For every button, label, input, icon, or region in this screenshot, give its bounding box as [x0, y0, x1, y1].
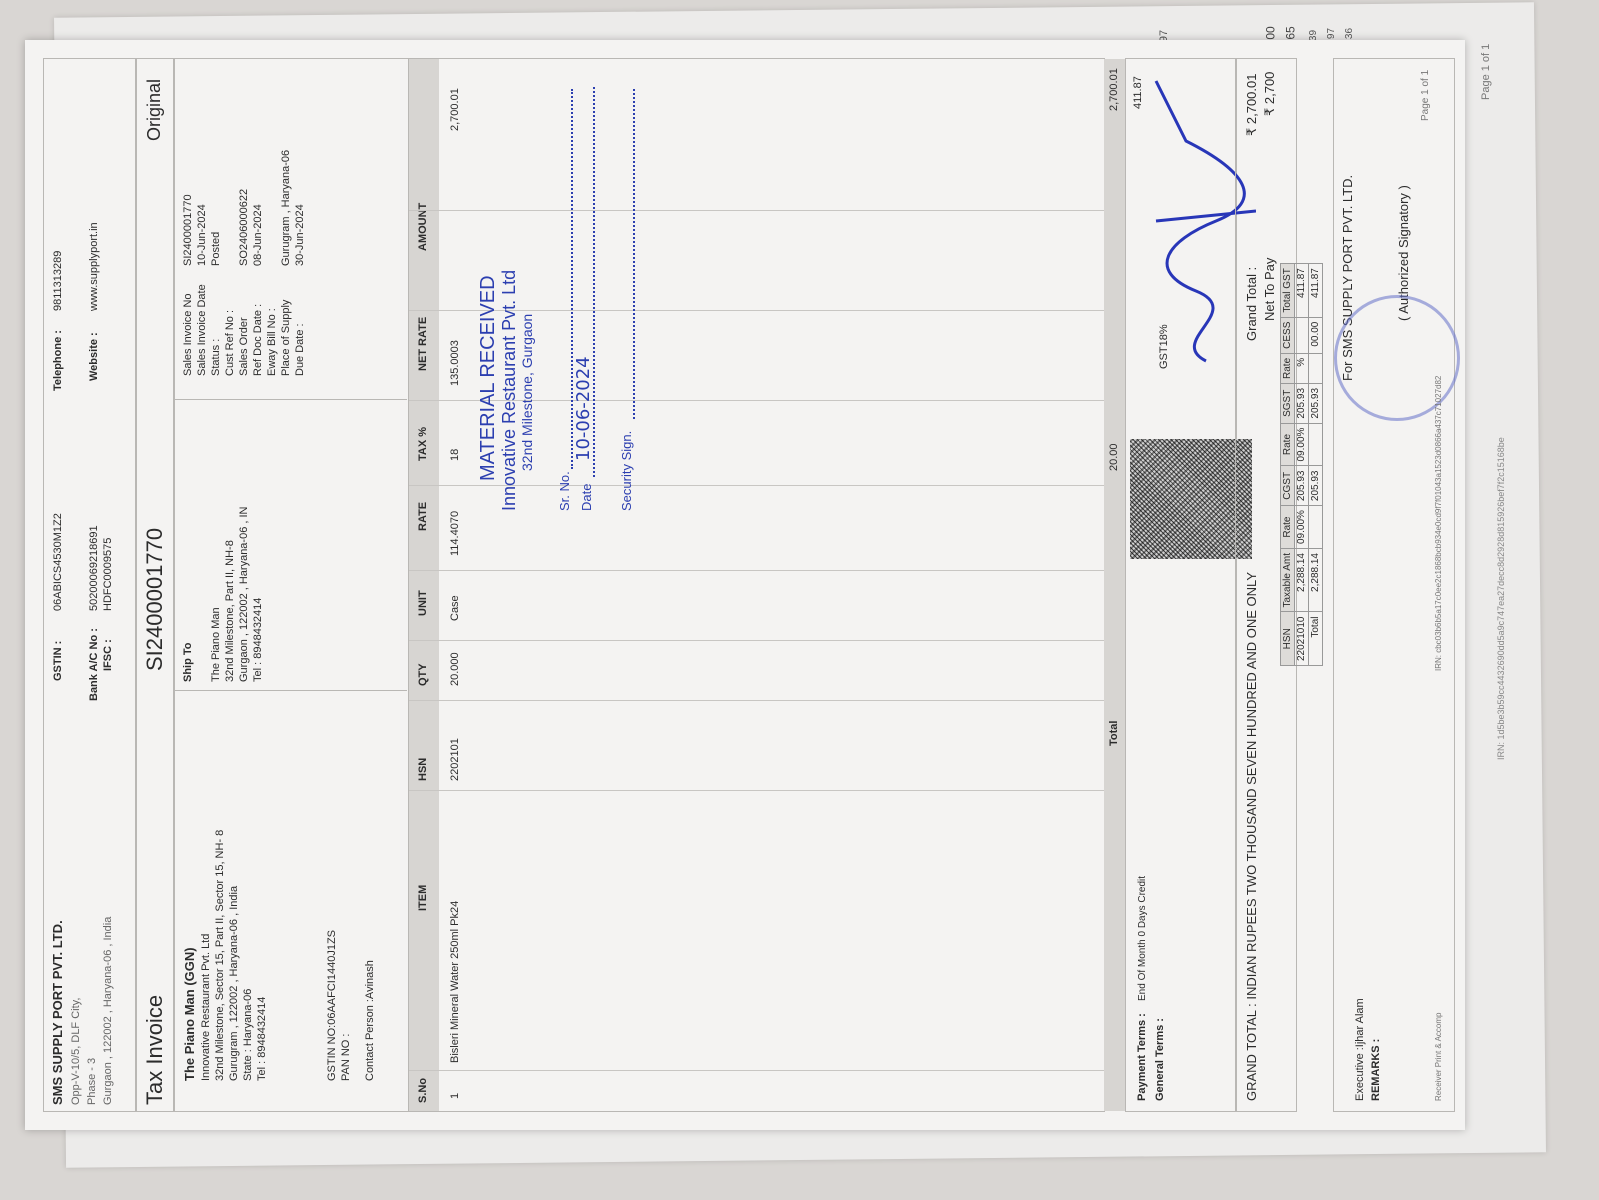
table-cell: Bisleri Mineral Water 250ml Pk24: [449, 901, 461, 1063]
fragment: 36: [1344, 28, 1355, 39]
gst-cell: 205.93: [1295, 466, 1309, 506]
meta-label: Status :: [210, 339, 222, 376]
column-header: QTY: [417, 663, 429, 686]
gstin-value: 06ABICS4530M1Z2: [52, 513, 64, 611]
meta-value: Gurugram , Haryana-06: [280, 150, 292, 266]
table-cell: 18: [449, 449, 461, 461]
company-address-1: Opp-V-10/5, DLF City,: [70, 998, 82, 1105]
company-header: SMS SUPPLY PORT PVT. LTD. Opp-V-10/5, DL…: [43, 58, 137, 1112]
gst-cell: [1309, 353, 1323, 383]
meta-label: Cust Ref No :: [224, 310, 236, 376]
meta-label: Due Date :: [294, 323, 306, 376]
meta-value: SO2406000622: [238, 189, 250, 266]
bank-value: 50200069218691: [88, 525, 100, 611]
gst-cell: 2,288.14: [1309, 549, 1323, 612]
gst-cell: 00.00: [1309, 317, 1323, 353]
ifsc-label: IFSC :: [102, 639, 114, 671]
company-address-3: Gurgaon , 122002 , Haryana-06 , India: [102, 917, 114, 1105]
table-cell: 20.000: [449, 652, 461, 686]
gst-row: Total2,288.14205.93205.9300.00411.87: [1309, 264, 1323, 666]
ship-to-line: Gurgaon , 122002 , Haryana-06 , IN: [238, 507, 250, 683]
meta-label: Ref Doc Date :: [252, 304, 264, 376]
website-value: www.supplyport.in: [88, 222, 100, 311]
bill-to-pan: PAN NO :: [340, 1034, 352, 1081]
column-header: ITEM: [417, 885, 429, 911]
bill-to-line: 32nd Milestone, Sector 15, Part II, Sect…: [214, 830, 226, 1081]
bill-to-gstin: GSTIN NO:06AAFCI1440J1ZS: [326, 930, 338, 1081]
gst-row: HSNTaxable AmtRateCGSTRateSGSTRateCESSTo…: [1281, 264, 1295, 666]
bill-to-line: Gurugram , 122002 , Haryana-06 , India: [228, 886, 240, 1081]
security-sign-label: Security Sign.: [619, 431, 634, 511]
irn: IRN: cbc03b6b5a17c0ee2c1868bcb934e0cd9f7…: [1434, 376, 1443, 671]
total-label: Total: [1108, 721, 1120, 746]
meta-value: Posted: [210, 232, 222, 266]
meta-value: 08-Jun-2024: [252, 204, 264, 266]
gst-cell: [1295, 317, 1309, 353]
gst-cell: 09.00%: [1295, 506, 1309, 549]
doc-number: SI2400001770: [142, 528, 168, 671]
fragment: 00: [1264, 26, 1278, 39]
address-section: The Piano Man (GGN) Innovative Restauran…: [173, 58, 410, 1112]
bill-to-line: Tel : 8948432414: [256, 997, 268, 1081]
gst-cell: 2,288.14: [1295, 549, 1309, 612]
column-divider: [409, 700, 1126, 701]
gst-cell: Taxable Amt: [1281, 549, 1295, 612]
column-divider: [409, 570, 1126, 571]
fragment: 97: [1326, 28, 1337, 39]
meta-label: Sales Invoice No: [182, 293, 194, 376]
column-header: TAX %: [417, 427, 429, 461]
meta-label: Place of Supply: [280, 300, 292, 376]
gst-cell: 205.93: [1309, 466, 1323, 506]
doc-title: Tax Invoice: [142, 995, 168, 1105]
gst-cell: 22021010: [1295, 612, 1309, 666]
ship-to-box: Ship To The Piano Man 32nd Milestone, Pa…: [174, 399, 407, 691]
stamp-address: 32nd Milestone, Gurgaon: [519, 314, 535, 471]
total-qty: 20.00: [1108, 443, 1120, 471]
sr-label: Sr. No.: [557, 471, 572, 511]
gst-cell: Total: [1309, 612, 1323, 666]
gst-cell: Rate: [1281, 506, 1295, 549]
stamp-company: Innovative Restaurant Pvt. Ltd: [499, 270, 520, 511]
contact-person: Contact Person :Avinash: [364, 960, 376, 1081]
gstin-label: GSTIN :: [52, 641, 64, 681]
gst-cell: [1309, 506, 1323, 549]
column-divider: [409, 790, 1126, 791]
gst-amount: 411.87: [1132, 76, 1144, 109]
items-table: S.NoITEMHSNQTYUNITRATETAX %NET RATEAMOUN…: [408, 58, 1105, 1112]
grand-total-label: Grand Total :: [1244, 267, 1259, 341]
handwritten-date: 10-06-2024: [573, 356, 594, 461]
gst-cell: %: [1295, 353, 1309, 383]
footer-section: Executive :Ijhar Alam REMARKS : For SMS …: [1333, 58, 1455, 1112]
gst-cell: CGST: [1281, 466, 1295, 506]
column-divider: [409, 210, 1126, 211]
company-name: SMS SUPPLY PORT PVT. LTD.: [50, 920, 65, 1105]
table-cell: 2202101: [449, 738, 461, 781]
gst-cell: 411.87: [1309, 264, 1323, 317]
net-to-pay-label: Net To Pay: [1262, 258, 1277, 321]
payment-terms-value: End Of Month 0 Days Credit: [1137, 876, 1148, 1001]
invoice-page: SMS SUPPLY PORT PVT. LTD. Opp-V-10/5, DL…: [25, 40, 1465, 1130]
grand-total-section: GRAND TOTAL : INDIAN RUPEES TWO THOUSAND…: [1235, 58, 1297, 1112]
meta-value: SI2400001770: [182, 194, 194, 266]
gst-cell: HSN: [1281, 612, 1295, 666]
executive: Executive :Ijhar Alam: [1354, 998, 1366, 1101]
meta-value: 30-Jun-2024: [294, 204, 306, 266]
gst-cell: 09.00%: [1295, 423, 1309, 466]
gst-cell: 205.93: [1309, 383, 1323, 423]
page-number: Page 1 of 1: [1420, 70, 1431, 121]
column-header: S.No: [417, 1078, 429, 1103]
gst-cell: Total GST: [1281, 264, 1295, 317]
bill-to-line: State : Haryana-06: [242, 989, 254, 1081]
gst-cell: [1309, 423, 1323, 466]
website-label: Website :: [88, 332, 100, 381]
ship-to-line: 32nd Milestone, Part II, NH-8: [224, 540, 236, 682]
telephone-label: Telephone :: [52, 330, 64, 391]
table-cell: 2,700.01: [449, 88, 461, 131]
column-header: HSN: [417, 758, 429, 781]
column-header: NET RATE: [417, 317, 429, 371]
ship-to-line: The Piano Man: [210, 607, 222, 682]
bill-to-line: Innovative Restaurant Pvt. Ltd: [200, 934, 212, 1081]
meta-label: Sales Order: [238, 317, 250, 376]
ship-to-line: Tel : 8948432414: [252, 598, 264, 682]
company-address-2: Phase - 3: [86, 1058, 98, 1105]
total-amount: 2,700.01: [1108, 68, 1120, 111]
gst-cell: SGST: [1281, 383, 1295, 423]
back-irn: IRN: 1d5be3b59cc4432690dd5a9c747ea27decc…: [1496, 437, 1506, 760]
bill-to-name: The Piano Man (GGN): [182, 947, 197, 1081]
gst-summary-table: HSNTaxable AmtRateCGSTRateSGSTRateCESSTo…: [1280, 263, 1323, 666]
receiver-print: Receiver Print & Accomp: [1434, 1013, 1443, 1101]
meta-label: Eway Bill No :: [266, 308, 278, 376]
column-header: RATE: [417, 502, 429, 531]
table-cell: Case: [449, 595, 461, 621]
date-label: Date: [579, 484, 594, 511]
terms-section: Payment Terms : End Of Month 0 Days Cred…: [1125, 58, 1237, 1112]
fragment: 65: [1284, 26, 1298, 39]
ship-to-label: Ship To: [182, 642, 194, 682]
column-header: UNIT: [417, 590, 429, 616]
gst-cell: Rate: [1281, 353, 1295, 383]
column-divider: [409, 1070, 1126, 1071]
remarks-label: REMARKS :: [1370, 1039, 1382, 1101]
title-row: Tax Invoice SI2400001770 Original: [135, 58, 175, 1112]
back-page-number: Page 1 of 1: [1480, 44, 1492, 100]
telephone-value: 9811313289: [52, 251, 64, 311]
gst-row: 220210102,288.1409.00%205.9309.00%205.93…: [1295, 264, 1309, 666]
table-cell: 114.4070: [449, 511, 461, 556]
gst-cell: CESS: [1281, 317, 1295, 353]
stamp-title: MATERIAL RECEIVED: [477, 275, 500, 481]
gst-cell: 411.87: [1295, 264, 1309, 317]
column-divider: [409, 640, 1126, 641]
grand-total-value: ₹ 2,700.01: [1244, 74, 1260, 137]
bank-label: Bank A/C No :: [88, 628, 100, 701]
items-total-row: Total 20.00 2,700.01: [1104, 59, 1126, 1111]
ifsc-value: HDFC0009575: [102, 538, 114, 611]
gst-cell: 205.93: [1295, 383, 1309, 423]
meta-value: 10-Jun-2024: [196, 204, 208, 266]
table-cell: 135.0003: [449, 340, 461, 386]
net-to-pay-value: ₹ 2,700: [1262, 72, 1278, 116]
payment-terms-label: Payment Terms :: [1136, 1013, 1148, 1101]
qr-code: [1130, 439, 1252, 559]
table-cell: 1: [449, 1093, 461, 1099]
copy-label: Original: [144, 79, 165, 141]
general-terms-label: General Terms :: [1154, 1018, 1166, 1101]
gst-cell: Rate: [1281, 423, 1295, 466]
amount-in-words: GRAND TOTAL : INDIAN RUPEES TWO THOUSAND…: [1244, 572, 1259, 1101]
meta-label: Sales Invoice Date: [196, 284, 208, 376]
